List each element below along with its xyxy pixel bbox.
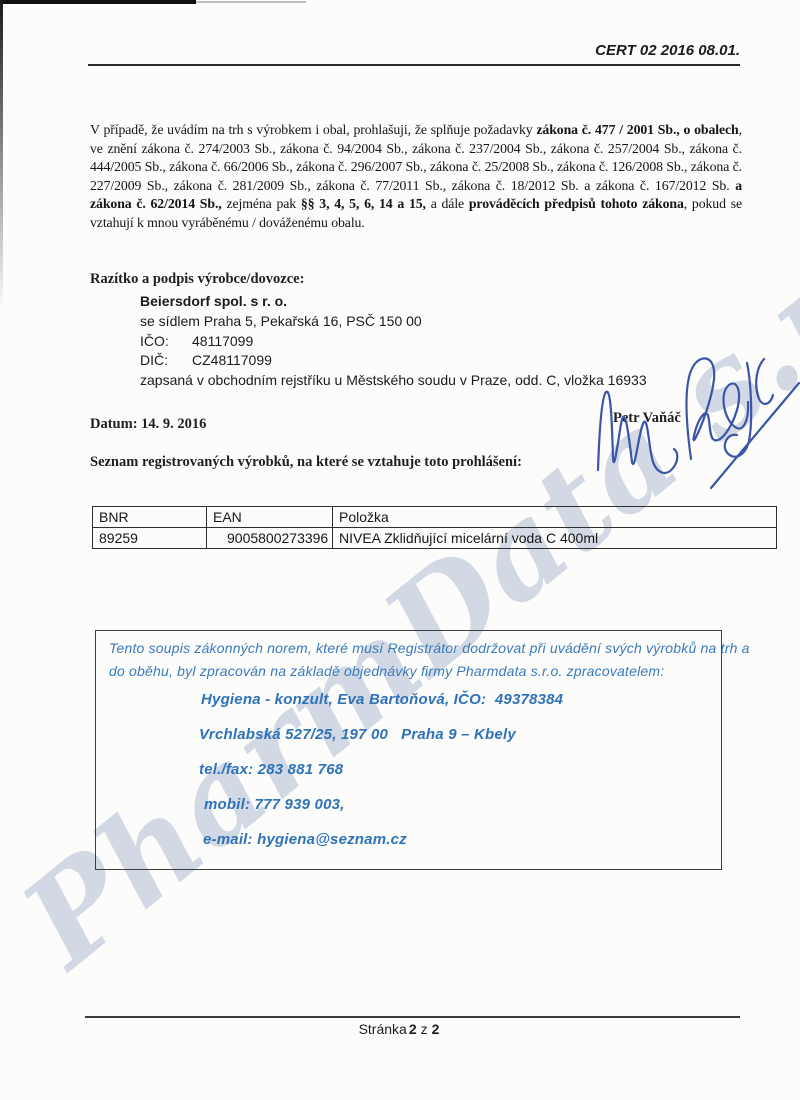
ico-label: IČO: bbox=[140, 332, 192, 352]
contact-address: Vrchlabská 527/25, 197 00 Praha 9 – Kbel… bbox=[199, 726, 516, 743]
registrar-info-box: Tento soupis zákonných norem, které musí… bbox=[95, 630, 722, 870]
table-row: 89259 9005800273396 NIVEA Zklidňující mi… bbox=[93, 528, 777, 549]
signer-name: Petr Vaňáč bbox=[613, 410, 681, 427]
document-code: CERT 02 2016 08.01. bbox=[440, 42, 740, 59]
company-address: se sídlem Praha 5, Pekařská 16, PSČ 150 … bbox=[140, 312, 647, 332]
stamp-section-label: Razítko a podpis výrobce/dovozce: bbox=[90, 271, 304, 288]
col-header-bnr: BNR bbox=[93, 507, 207, 528]
page-footer: Stránka2z2 bbox=[0, 1021, 800, 1037]
info-box-line: do oběhu, byl zpracován na základě objed… bbox=[109, 663, 664, 679]
intro-segment-bold: §§ 3, 4, 5, 6, 14 a 15, bbox=[301, 196, 426, 211]
company-block: Beiersdorf spol. s r. o. se sídlem Praha… bbox=[140, 292, 647, 391]
cell-ean: 9005800273396 bbox=[207, 528, 333, 549]
intro-segment-bold: zákona č. 477 / 2001 Sb., o obalech bbox=[536, 122, 738, 137]
footer-page-number: 2 bbox=[409, 1021, 417, 1037]
registered-products-heading: Seznam registrovaných výrobků, na které … bbox=[90, 454, 522, 471]
company-dic-row: DIČ:CZ48117099 bbox=[140, 351, 647, 371]
col-header-polozka: Položka bbox=[333, 507, 777, 528]
intro-segment: V případě, že uvádím na trh s výrobkem i… bbox=[90, 122, 536, 137]
intro-segment-bold: prováděcích předpisů tohoto zákona bbox=[469, 196, 684, 211]
info-box-line: Tento soupis zákonných norem, které musí… bbox=[109, 640, 750, 656]
contact-mobile: mobil: 777 939 003, bbox=[204, 796, 345, 813]
col-header-ean: EAN bbox=[207, 507, 333, 528]
contact-email: e-mail: hygiena@seznam.cz bbox=[203, 831, 407, 848]
intro-segment: zejména pak bbox=[222, 196, 301, 211]
footer-separator: z bbox=[421, 1021, 428, 1037]
contact-telfax: tel./fax: 283 881 768 bbox=[199, 761, 343, 778]
contact-company: Hygiena - konzult, Eva Bartoňová, IČO: 4… bbox=[201, 691, 563, 708]
date-label: Datum: 14. 9. 2016 bbox=[90, 416, 206, 433]
dic-label: DIČ: bbox=[140, 351, 192, 371]
cell-polozka: NIVEA Zklidňující micelární voda C 400ml bbox=[333, 528, 777, 549]
document-content: CERT 02 2016 08.01. V případě, že uvádím… bbox=[0, 0, 800, 1100]
footer-label: Stránka bbox=[359, 1021, 407, 1037]
intro-segment: a dále bbox=[426, 196, 469, 211]
cell-bnr: 89259 bbox=[93, 528, 207, 549]
scanned-document-page: PharmData s.r.o. CERT 02 2016 08.01. V p… bbox=[0, 0, 800, 1100]
header-rule bbox=[88, 64, 740, 66]
company-name: Beiersdorf spol. s r. o. bbox=[140, 292, 647, 312]
footer-total-pages: 2 bbox=[432, 1021, 440, 1037]
ico-value: 48117099 bbox=[192, 333, 253, 349]
intro-paragraph: V případě, že uvádím na trh s výrobkem i… bbox=[90, 121, 742, 233]
products-table: BNR EAN Položka 89259 9005800273396 NIVE… bbox=[92, 506, 777, 549]
company-ico-row: IČO:48117099 bbox=[140, 332, 647, 352]
company-registry-line: zapsaná v obchodním rejstříku u Městskéh… bbox=[140, 371, 647, 391]
dic-value: CZ48117099 bbox=[192, 352, 272, 368]
table-header-row: BNR EAN Položka bbox=[93, 507, 777, 528]
footer-rule bbox=[85, 1016, 740, 1018]
